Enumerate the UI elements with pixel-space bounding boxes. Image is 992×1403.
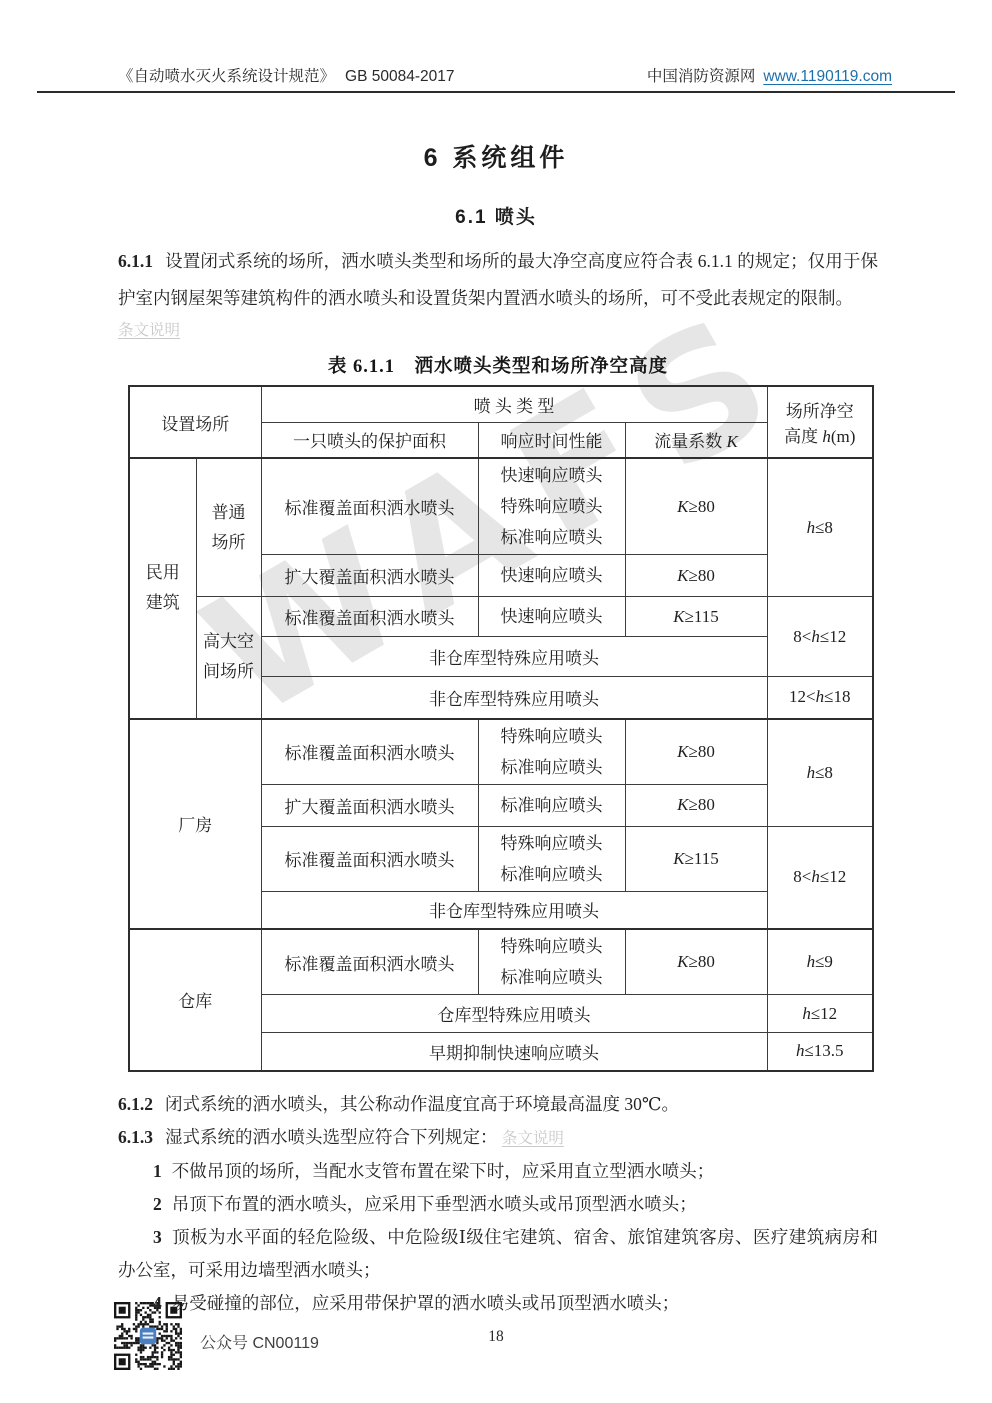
cell-response: 快速响应喷头 — [478, 597, 625, 637]
clause-6-1-1: 6.1.1设置闭式系统的场所，洒水喷头类型和场所的最大净空高度应符合表 6.1.… — [118, 243, 878, 317]
page-header: 《自动喷水灭火系统设计规范》GB 50084-2017 中国消防资源网www.1… — [118, 64, 892, 86]
cell-height: 12<h≤18 — [767, 677, 873, 719]
height-header-line2: 高度 h(m) — [770, 422, 871, 447]
cell-span-sprinkler: 非仓库型特殊应用喷头 — [261, 637, 767, 677]
document-body: 6.1.1设置闭式系统的场所，洒水喷头类型和场所的最大净空高度应符合表 6.1.… — [118, 243, 878, 1320]
row-group-warehouse: 仓库 — [129, 929, 261, 1071]
cell-response: 特殊响应喷头 标准响应喷头 — [478, 826, 625, 891]
cell-response: 特殊响应喷头 标准响应喷头 — [478, 719, 625, 785]
list-item-2: 2吊顶下布置的洒水喷头，应采用下垂型洒水喷头或吊顶型洒水喷头； — [118, 1188, 878, 1221]
cell-area: 扩大覆盖面积洒水喷头 — [261, 555, 478, 597]
height-header-line1: 场所净空 — [770, 397, 871, 422]
site-name: 中国消防资源网 — [647, 68, 756, 85]
clause-number: 6.1.1 — [118, 251, 153, 271]
table-title: 表 6.1.1 洒水喷头类型和场所净空高度 — [118, 352, 878, 378]
site-url-link[interactable]: www.1190119.com — [763, 68, 892, 85]
cell-k: K≥80 — [625, 929, 767, 995]
col-header-place: 设置场所 — [129, 386, 261, 458]
cell-k: K≥80 — [625, 784, 767, 826]
sprinkler-table: 设置场所 喷 头 类 型 场所净空 高度 h(m) 一只喷头的保护面积 响应时间… — [128, 385, 874, 1072]
list-item-3: 3顶板为水平面的轻危险级、中危险级Ⅰ级住宅建筑、宿舍、旅馆建筑客房、医疗建筑病房… — [118, 1221, 878, 1287]
cell-response: 快速响应喷头 特殊响应喷头 标准响应喷头 — [478, 458, 625, 555]
doc-code: GB 50084-2017 — [345, 68, 454, 85]
list-item-4: 4易受碰撞的部位，应采用带保护罩的洒水喷头或吊顶型洒水喷头； — [118, 1287, 878, 1320]
row-group-civil: 民用建筑 — [129, 458, 196, 719]
col-header-type: 喷 头 类 型 — [261, 386, 767, 422]
col-header-area: 一只喷头的保护面积 — [261, 422, 478, 458]
cell-area: 扩大覆盖面积洒水喷头 — [261, 784, 478, 826]
cell-span-sprinkler: 非仓库型特殊应用喷头 — [261, 677, 767, 719]
cell-response: 特殊响应喷头 标准响应喷头 — [478, 929, 625, 995]
commentary-link[interactable]: 条文说明 — [118, 322, 180, 339]
cell-area: 标准覆盖面积洒水喷头 — [261, 597, 478, 637]
cell-height: 8<h≤12 — [767, 826, 873, 929]
cell-height: h≤8 — [767, 719, 873, 827]
row-group-factory: 厂房 — [129, 719, 261, 930]
commentary-link[interactable]: 条文说明 — [502, 1130, 564, 1147]
cell-height: h≤12 — [767, 995, 873, 1033]
cell-area: 标准覆盖面积洒水喷头 — [261, 826, 478, 891]
cell-height: h≤8 — [767, 458, 873, 597]
cell-k: K≥115 — [625, 826, 767, 891]
col-header-height: 场所净空 高度 h(m) — [767, 386, 873, 458]
clause-6-1-2: 6.1.2闭式系统的洒水喷头，其公称动作温度宜高于环境最高温度 30℃。 — [118, 1088, 878, 1121]
header-divider — [37, 91, 955, 93]
row-group-tall-space: 高大空间场所 — [196, 597, 261, 719]
cell-span-sprinkler: 非仓库型特殊应用喷头 — [261, 891, 767, 929]
header-right: 中国消防资源网www.1190119.com — [647, 64, 892, 86]
row-group-ordinary: 普通场所 — [196, 458, 261, 597]
cell-span-sprinkler: 早期抑制快速响应喷头 — [261, 1033, 767, 1071]
clause-number: 6.1.2 — [118, 1094, 153, 1114]
section-title: 6.1 喷头 — [0, 202, 992, 229]
cell-response: 快速响应喷头 — [478, 555, 625, 597]
clause-text: 闭式系统的洒水喷头，其公称动作温度宜高于环境最高温度 30℃。 — [165, 1094, 679, 1114]
cell-response: 标准响应喷头 — [478, 784, 625, 826]
cell-k: K≥80 — [625, 719, 767, 785]
header-left: 《自动喷水灭火系统设计规范》GB 50084-2017 — [118, 64, 464, 86]
chapter-title: 6 系统组件 — [0, 138, 992, 174]
col-header-k: 流量系数 K — [625, 422, 767, 458]
clause-text: 湿式系统的洒水喷头选型应符合下列规定： — [165, 1127, 498, 1147]
cell-span-sprinkler: 仓库型特殊应用喷头 — [261, 995, 767, 1033]
doc-title: 《自动喷水灭火系统设计规范》 — [118, 68, 335, 85]
lower-clauses: 6.1.2闭式系统的洒水喷头，其公称动作温度宜高于环境最高温度 30℃。 6.1… — [118, 1088, 878, 1320]
page-number: 18 — [0, 1328, 992, 1346]
cell-height: h≤13.5 — [767, 1033, 873, 1071]
clause-text: 设置闭式系统的场所，洒水喷头类型和场所的最大净空高度应符合表 6.1.1 的规定… — [118, 251, 878, 308]
document-page: WAFS 《自动喷水灭火系统设计规范》GB 50084-2017 中国消防资源网… — [0, 0, 992, 1403]
list-item-1: 1不做吊顶的场所，当配水支管布置在梁下时，应采用直立型洒水喷头； — [118, 1155, 878, 1188]
cell-height: h≤9 — [767, 929, 873, 995]
cell-k: K≥80 — [625, 555, 767, 597]
col-header-response: 响应时间性能 — [478, 422, 625, 458]
clause-number: 6.1.3 — [118, 1127, 153, 1147]
cell-area: 标准覆盖面积洒水喷头 — [261, 719, 478, 785]
cell-area: 标准覆盖面积洒水喷头 — [261, 929, 478, 995]
cell-k: K≥80 — [625, 458, 767, 555]
cell-height: 8<h≤12 — [767, 597, 873, 677]
cell-area: 标准覆盖面积洒水喷头 — [261, 458, 478, 555]
commentary-line: 条文说明 — [118, 318, 878, 343]
cell-k: K≥115 — [625, 597, 767, 637]
clause-6-1-3: 6.1.3湿式系统的洒水喷头选型应符合下列规定： 条文说明 — [118, 1121, 878, 1155]
